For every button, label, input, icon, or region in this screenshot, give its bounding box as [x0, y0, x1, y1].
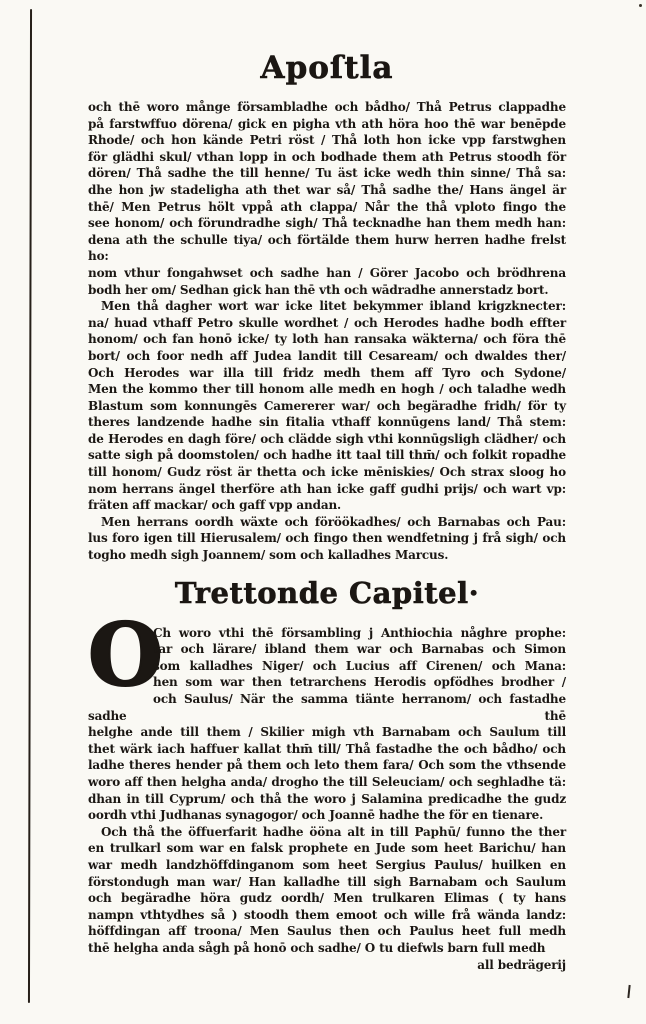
text-line: nampn vthtydhes så ) stoodh them emoot o…: [88, 907, 566, 924]
text-line: helghe ande till them / Skilier migh vth…: [88, 724, 566, 741]
text-line: Blastum som konnungēs Camererer war/ och…: [88, 398, 566, 415]
text-line: Men the kommo ther till honom alle medh …: [88, 381, 566, 398]
text-line: för glädhi skul/ vthan lopp in och bodha…: [88, 149, 566, 166]
paragraph-paphos: Och thå the öffuerfarit hadhe ööna alt i…: [88, 824, 566, 957]
text-line: lus foro igen till Hierusalem/ och fingo…: [88, 530, 566, 547]
text-line: Och Herodes war illa till fridz medh the…: [88, 365, 566, 382]
text-line: och thē woro månge försambladhe och bådh…: [88, 99, 566, 116]
text-content: Apoſtla och thē woro månge försambladhe …: [88, 50, 566, 973]
text-line: dhe hon jw stadeligha ath thet war så/ T…: [88, 182, 566, 199]
text-line: oordh vthi Judhanas synagogor/ och Joann…: [88, 807, 566, 824]
left-margin-rule: [28, 9, 32, 1003]
text-line: togho medh sigh Joannem/ som och kalladh…: [88, 547, 566, 564]
paragraph-barnabas-return: Men herrans oordh wäxte och föröökadhes/…: [88, 514, 566, 564]
text-line: och Saulus/ När the samma tiänte herrano…: [88, 691, 566, 724]
text-line: dena ath the schulle tiya/ och förtälde …: [88, 232, 566, 265]
paragraph-continuation: och thē woro månge försambladhe och bådh…: [88, 99, 566, 298]
text-line: Men herrans oordh wäxte och föröökadhes/…: [88, 514, 566, 531]
scan-mark: [627, 985, 630, 998]
text-line: Ch woro vthi thē försambling j Anthiochi…: [88, 625, 566, 642]
text-line: på farstwffuo dörena/ gick en pigha vth …: [88, 116, 566, 133]
text-line: bodh her om/ Sedhan gick han thē vth och…: [88, 282, 566, 299]
text-line: Men thå dagher wort war icke litet bekym…: [88, 298, 566, 315]
text-line: woro aff then helgha anda/ drogho the ti…: [88, 774, 566, 791]
text-line: hen som war then tetrarchens Herodis opf…: [88, 674, 566, 691]
catchword: all bedrägerij: [88, 957, 566, 974]
text-line: war medh landzhöffdinganom som heet Serg…: [88, 857, 566, 874]
text-line: see honom/ och förundradhe sigh/ Thå tec…: [88, 215, 566, 232]
text-line: en trulkarl som war en falsk prophete en…: [88, 840, 566, 857]
text-line: dören/ Thå sadhe the till henne/ Tu äst …: [88, 165, 566, 182]
drop-cap-initial: O: [88, 627, 146, 693]
paragraph-chapter-opening: O Ch woro vthi thē försambling j Anthioc…: [88, 625, 566, 824]
text-line: som kalladhes Niger/ och Lucius aff Cire…: [88, 658, 566, 675]
text-line: Och thå the öffuerfarit hadhe ööna alt i…: [88, 824, 566, 841]
page-title: Apoſtla: [88, 50, 566, 86]
scanned-book-page: Apoſtla och thē woro månge försambladhe …: [0, 0, 646, 1024]
text-line: na/ huad vthaff Petro skulle wordhet / o…: [88, 315, 566, 332]
text-line: nom herrans ängel therföre ath han icke …: [88, 481, 566, 498]
body-text-block: och thē woro månge försambladhe och bådh…: [88, 99, 566, 973]
text-line: Rhode/ och hon kände Petri röst / Thå lo…: [88, 132, 566, 149]
text-line: theres landzende hadhe sin fitalia vthaf…: [88, 414, 566, 431]
text-line: honom/ och fan honō icke/ ty loth han ra…: [88, 331, 566, 348]
text-line: tar och lärare/ ibland them war och Barn…: [88, 641, 566, 658]
paragraph-herodes: Men thå dagher wort war icke litet bekym…: [88, 298, 566, 514]
text-line: till honom/ Gudz röst är thetta och icke…: [88, 464, 566, 481]
text-line: fräten aff mackar/ och gaff vpp andan.: [88, 497, 566, 514]
text-line: höffdingan aff troona/ Men Saulus then o…: [88, 923, 566, 940]
text-line: dhan in till Cyprum/ och thå the woro j …: [88, 791, 566, 808]
text-line: förstondugh man war/ Han kalladhe till s…: [88, 874, 566, 891]
drop-cap-paragraph-lines: Ch woro vthi thē försambling j Anthiochi…: [88, 625, 566, 824]
text-line: bort/ och foor nedh aff Judea landit til…: [88, 348, 566, 365]
text-line: de Herodes en dagh före/ och clädde sigh…: [88, 431, 566, 448]
text-line: thē/ Men Petrus hölt vppå ath clappa/ Nå…: [88, 199, 566, 216]
text-line: satte sigh på doomstolen/ och hadhe itt …: [88, 447, 566, 464]
text-line: nom vthur fongahwset och sadhe han / Gör…: [88, 265, 566, 282]
text-line: och begäradhe höra gudz oordh/ Men trulk…: [88, 890, 566, 907]
scan-speck: [639, 4, 642, 7]
text-line: ladhe theres hender på them och leto the…: [88, 757, 566, 774]
text-line: thē helgha anda sågh på honō och sadhe/ …: [88, 940, 566, 957]
text-line: thet wärk iach haffuer kallat thm̄ till/…: [88, 741, 566, 758]
